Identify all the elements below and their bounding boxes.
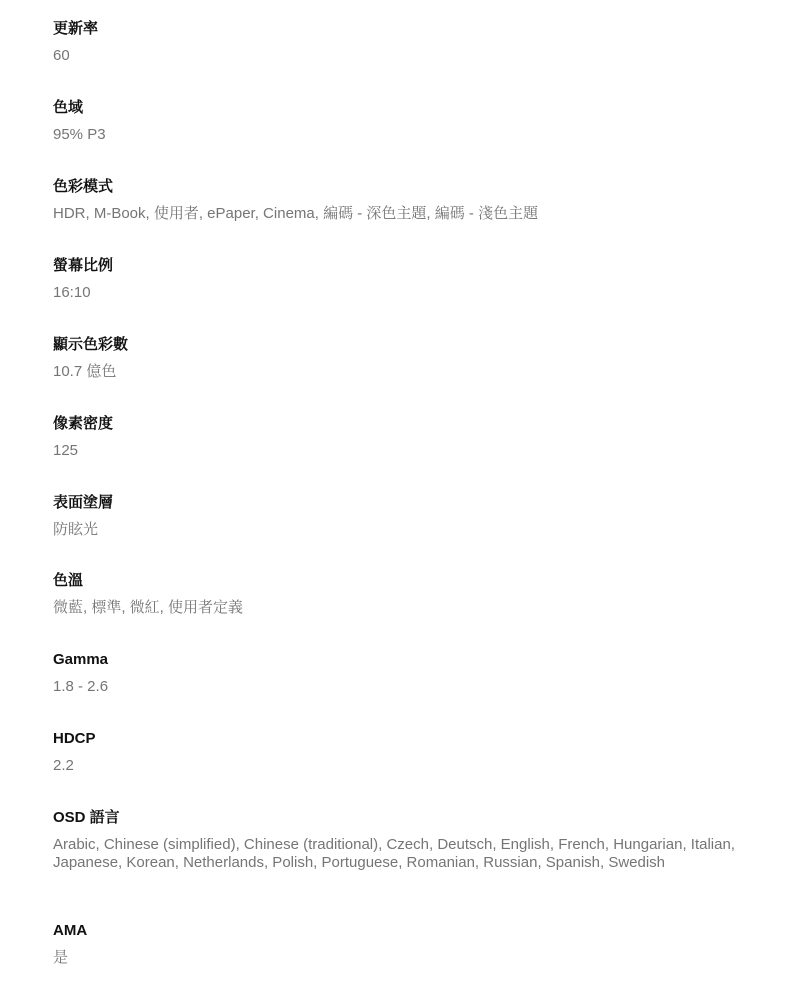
spec-value: HDR, M-Book, 使用者, ePaper, Cinema, 編碼 - 深… xyxy=(53,205,773,223)
spec-value: 16:10 xyxy=(53,284,773,302)
spec-label: 螢幕比例 xyxy=(53,256,773,276)
spec-hdcp: HDCP 2.2 xyxy=(53,729,773,775)
spec-label: 更新率 xyxy=(53,19,773,39)
spec-label: 表面塗層 xyxy=(53,493,773,513)
spec-value: 2.2 xyxy=(53,757,773,775)
spec-value: 60 xyxy=(53,47,773,65)
spec-surface-coating: 表面塗層 防眩光 xyxy=(53,493,773,539)
spec-pixel-density: 像素密度 125 xyxy=(53,414,773,460)
spec-refresh-rate: 更新率 60 xyxy=(53,19,773,65)
spec-ama: AMA 是 xyxy=(53,921,773,967)
spec-gamma: Gamma 1.8 - 2.6 xyxy=(53,650,773,696)
spec-label: AMA xyxy=(53,921,773,941)
spec-label: Gamma xyxy=(53,650,773,670)
spec-color-temperature: 色溫 微藍, 標準, 微紅, 使用者定義 xyxy=(53,571,773,617)
spec-label: 色彩模式 xyxy=(53,177,773,197)
spec-label: 像素密度 xyxy=(53,414,773,434)
spec-label: OSD 語言 xyxy=(53,808,773,828)
spec-color-gamut: 色域 95% P3 xyxy=(53,98,773,144)
spec-label: 色域 xyxy=(53,98,773,118)
spec-value: 10.7 億色 xyxy=(53,363,773,381)
spec-value: 125 xyxy=(53,442,773,460)
spec-value: 是 xyxy=(53,949,773,967)
spec-label: 顯示色彩數 xyxy=(53,335,773,355)
spec-color-modes: 色彩模式 HDR, M-Book, 使用者, ePaper, Cinema, 編… xyxy=(53,177,773,223)
spec-osd-language: OSD 語言 Arabic, Chinese (simplified), Chi… xyxy=(53,808,773,872)
spec-value: 95% P3 xyxy=(53,126,773,144)
spec-value: Arabic, Chinese (simplified), Chinese (t… xyxy=(53,836,773,872)
spec-value: 1.8 - 2.6 xyxy=(53,678,773,696)
spec-value: 微藍, 標準, 微紅, 使用者定義 xyxy=(53,599,773,617)
spec-label: 色溫 xyxy=(53,571,773,591)
spec-aspect-ratio: 螢幕比例 16:10 xyxy=(53,256,773,302)
spec-value: 防眩光 xyxy=(53,521,773,539)
spec-display-colors: 顯示色彩數 10.7 億色 xyxy=(53,335,773,381)
spec-label: HDCP xyxy=(53,729,773,749)
